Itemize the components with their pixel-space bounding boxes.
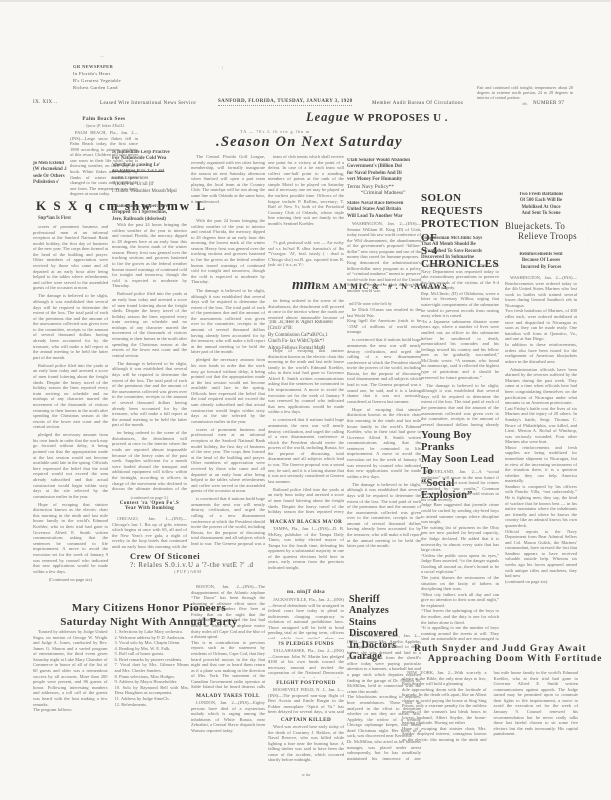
reinforcements-deck: Reinforcements Sent Because Of Losses In…	[505, 252, 577, 271]
chain-states-deck: Chain States. Temperature Dropped To 1 S…	[112, 204, 188, 223]
story-text: Railroad police filed into the yards at …	[112, 291, 187, 358]
story-text: Toasted by addresses by Judge United Sng…	[33, 629, 189, 713]
story-text: Railroad police filed into the yards at …	[268, 487, 344, 516]
story-text: WASHINGTON, Jan. 2—(INS)—The Navy Depart…	[421, 263, 499, 380]
men-extend-deck: jo Men Extend (W rlscmeknd .l sede Or Ot…	[33, 161, 97, 187]
audit-bureau-line: Member Audit Bureau Of Circulations	[372, 101, 463, 106]
ruth-snyder-headline: Ruth Snyder and Judd Gray Await Approach…	[414, 644, 582, 664]
crew-headline-line2: ?: Relales S.0.i.v.U a '?-the vutE ?' .d	[130, 561, 245, 569]
solon-deck: Congressman McClintic Says That All Memb…	[421, 236, 505, 262]
lead-headline-line2: .Season On Next Saturday	[216, 134, 403, 151]
pioneers-party-story: Toasted by addresses by Judge United Sng…	[33, 629, 189, 793]
flight-postponed-story: ROOSEVELT FIELD, N. J., Jan. 2—(INS)—The…	[268, 687, 344, 715]
volume-number: IX. XIX ..	[33, 100, 57, 105]
story-text: ter being ordered to the scene of the di…	[268, 298, 344, 319]
king-navy-story: WASHINGTON, Jan. 2—(INS)—Senator William…	[347, 221, 421, 300]
banner-big-letters: mm	[292, 277, 315, 293]
story-text: Hope of escaping that sinister distincti…	[347, 407, 421, 480]
story-text: The damage is believed to be slight, alt…	[112, 361, 187, 428]
jacksonville-story: JACKSONVILLE, Fla., Jan. 2—(INS)—Several…	[268, 597, 344, 639]
column4-body-b: Hope of escaping that sinister distincti…	[268, 348, 344, 516]
newspaper-page: — · ˙| ˙·˙ w iia GR NEWSPAPER In Florida…	[0, 0, 611, 800]
issue-number: NUMBER 97	[533, 101, 564, 106]
story-text: The damage is believed to be slight, alt…	[33, 293, 108, 360]
story-text: is convinced that if nations build huge …	[347, 337, 421, 404]
cold-wave-deck3: ksiltll Experiences '?(K.E(Vla. 'Ur:sil …	[112, 176, 188, 195]
ear-left-line: B's Greatest Vegetable	[73, 78, 203, 85]
continued-line: (Continued on page six)	[33, 577, 108, 583]
ruth-headline-line2: Approaching Doom With Fortitude	[414, 654, 582, 664]
column4-body-a: ter being ordered to the scene of the di…	[268, 298, 344, 319]
golf-league-story-part2: team of club tennis which shall receive …	[268, 154, 344, 238]
golf-league-story-part1: The Central Florida Golf League, recentl…	[191, 154, 265, 216]
contest-bombing-story: CHICAGO, Jan. 1—(INS)—Chicago's last 1. …	[112, 516, 187, 549]
ruth-headline-line1: Ruth Snyder and Judd Gray Await	[414, 644, 582, 654]
lead-headline-line1: League W PROPOSES U .	[306, 110, 448, 125]
mackay-header: MACKAY BLACKS MA'OR	[268, 519, 344, 525]
sanford-first-subhead: Snp*ian Is First	[38, 216, 71, 221]
story-text: ROOSEVELT FIELD, N. J., Jan. 2—(INS)—The…	[268, 687, 344, 715]
mcclintic-story: WASHINGTON, Jan. 2—(INS)—The Navy Depart…	[421, 263, 499, 428]
wire-service-line: Leased Wire International News Service	[100, 101, 196, 106]
story-text: CHICAGO, Jan. 1—(INS)—Chicago's last 1. …	[112, 516, 187, 549]
cold-weather-story: With the past 24 hours bringing the cold…	[191, 218, 265, 286]
young-boy-pranks-story: CLEVELAND, Jan. 2—A “social explosion” w…	[421, 469, 499, 641]
mackay-story: TAMPA, Fla., Jan. 1—(INS)—D. B. McKay, p…	[268, 526, 344, 586]
dawn-plane-story: BOSTON, Jan. 2—(INS)—The disappointment …	[191, 584, 265, 690]
story-text: LONDON, Jan. 2—(INS)—Eighty persons have…	[191, 700, 265, 733]
story-text: The damage is believed to be slight, alt…	[191, 288, 265, 355]
page-footer-mark: w iia	[286, 772, 326, 777]
ear-left-line: GR NEWSPAPER	[73, 64, 203, 71]
lead-headline-italic: League	[306, 110, 350, 124]
column1-body: scores of prominent business and profess…	[33, 224, 108, 596]
story-text: ter being ordered to the scene of the di…	[112, 430, 187, 492]
column2-body: With the past 24 hours bringing the cold…	[112, 222, 187, 492]
story-text: WASHINGTON, Jan. 2—(INS)—Senator William…	[347, 221, 421, 294]
naval-race-deck: States Naval Race Between United States …	[347, 201, 423, 220]
king-navy-story-cont: he Ditch Ol.man can resulted in the last…	[347, 307, 421, 591]
malady-story: LONDON, Jan. 2—(INS)—Eighty persons have…	[191, 700, 265, 746]
story-text: NEW YORK, Jan. 2—With scarcely a glance …	[402, 670, 578, 743]
story-text: scores of prominent business and profess…	[33, 224, 108, 291]
captain-killed-story: Word was received here early today of th…	[268, 724, 344, 769]
scan-artifact: —	[100, 53, 104, 58]
story-text: The damage is believed to be slight, alt…	[421, 383, 499, 428]
story-text: TALLAHASSEE, Fla., Jan. 2—(INS)—Governor…	[268, 648, 344, 678]
nicaragua-story: WASHINGTON, Jan. 2—(INS)—Reinforcements …	[505, 275, 577, 627]
story-text: WASHINGTON, Jan. 2—(INS)—Reinforcements …	[505, 275, 577, 364]
bluejackets-headline: Bluejackets. To Relieve Troops	[505, 221, 577, 241]
story-text: JACKSONVILLE, Fla., Jan. 2—(INS)—Several…	[268, 597, 344, 639]
masthead-ear-left: GR NEWSPAPER In Florida's Heart B's Grea…	[73, 64, 203, 92]
story-text: pledged the necessary amount from his ow…	[33, 432, 108, 499]
story-text: scores of prominent business and profess…	[191, 427, 265, 494]
story-text: The damage is believed to be slight, alt…	[347, 482, 421, 549]
terms-navy-policy-deck: Terms Navy Policy** “Criminal Madness”	[347, 184, 423, 196]
scan-artifact: ˙·˙	[585, 230, 590, 252]
story-text: Hope of escaping that sinister distincti…	[33, 502, 108, 575]
cold-wave-deck2: 4st-R4Bree B'rr 'Gr Levl	[112, 169, 188, 175]
degraded-subheader: nu. ninjT ddsa	[268, 589, 344, 595]
contest-bombing-header: Contest 'ra 'Open Fo'.S Year With Bombin…	[112, 501, 187, 511]
story-text: BOSTON, Jan. 2—(INS)—The disappointment …	[191, 584, 265, 690]
continued-line: (continued on page 3.)	[112, 495, 187, 500]
story-text: With the past 24 hours bringing the cold…	[191, 218, 265, 285]
story-text: is convinced that if nations build huge …	[191, 496, 265, 546]
crew-headline-sig: ( P U F ) ?vll M	[130, 569, 245, 574]
crew-headline-line1: Crew Of Sticonei	[130, 551, 245, 561]
scan-band-artifact	[0, 0, 611, 2]
degraded-line: mill?ile none robe heli by	[349, 301, 392, 306]
cold-wave-deck1: Is Immediate Lerp Practive For Nationwid…	[112, 150, 188, 169]
bluejackets-line2: Relieve Troops	[505, 231, 577, 241]
battalions-deck: Two Fresh Battalions Of 500 Each Will Be…	[505, 192, 577, 218]
story-text: is convinced that if nations build huge …	[268, 417, 344, 484]
story-text: Hope of escaping that sinister distincti…	[268, 348, 344, 415]
terms-line2: “Criminal Madness”	[347, 190, 423, 196]
story-text: Railroad police filed into the yards at …	[33, 363, 108, 430]
story-text: pledged the necessary amount from his ow…	[191, 357, 265, 424]
pioneers-party-headline: Mary Citizens Honor Pioneers Saturday Ni…	[33, 602, 265, 630]
bluejackets-line1: Bluejackets. To	[505, 221, 577, 231]
story-text: Administration officials have been alarm…	[505, 367, 577, 585]
lead-headline-rest: W PROPOSES U .	[350, 112, 448, 124]
senator-deck: Utah Senator Would Abandon Government's …	[347, 158, 423, 184]
story-text: With the past 24 hours bringing the cold…	[112, 222, 187, 289]
crew-headline: Crew Of Sticonei ?: Relales S.0.i.v.U a …	[130, 551, 245, 574]
story-text: he Ditch Ol.man can resulted in the last…	[347, 307, 421, 335]
story-text: The Central Florida Golf League, recentl…	[191, 154, 265, 204]
scan-artifact: · ˙|	[218, 65, 223, 70]
pledges-funds-story: TALLAHASSEE, Fla., Jan. 2—(INS)—Governor…	[268, 648, 344, 678]
story-text: ?'s gsd, psstisssd ssld. wsr — Air rssls…	[268, 240, 344, 268]
pledges-funds-header: ?S PLEDGES FUNDS	[268, 641, 344, 647]
story-text: team of club tennis which shall receive …	[268, 154, 344, 227]
malady-header: MALADY TAKES TOLL	[191, 693, 265, 699]
flight-postponed-header: FLIGHT POSTPONED	[268, 680, 344, 686]
column4-snippet: ?'s gsd, psstisssd ssld. wsr — Air rssls…	[268, 240, 344, 274]
ear-left-line: Richest Garden Land	[73, 85, 203, 92]
story-text: TAMPA, Fla., Jan. 1—(INS)—D. B. McKay, p…	[268, 526, 344, 571]
ruth-snyder-story: NEW YORK, Jan. 2—With scarcely a glance …	[402, 670, 578, 792]
column3-body: The damage is believed to be slight, alt…	[191, 288, 265, 546]
dateline: SANFORD, FLORIDA, TUESDAY, JANUARY 3, 19…	[218, 99, 352, 106]
ear-left-line: In Florida's Heart	[73, 71, 203, 78]
weather-forecast: Fair and continued cold tonight; tempera…	[477, 85, 573, 101]
palm-beach-header: Palm Beach Sees	[70, 116, 138, 122]
story-text: CLEVELAND, Jan. 2—A “social explosion” w…	[421, 469, 499, 641]
captain-killed-header: CAPTAIN KILLED	[268, 717, 344, 723]
palm-beach-subhead: . Jjncw (P. Inkes ZEulLl	[70, 123, 138, 128]
story-text: Word was received here early today of th…	[268, 724, 344, 763]
